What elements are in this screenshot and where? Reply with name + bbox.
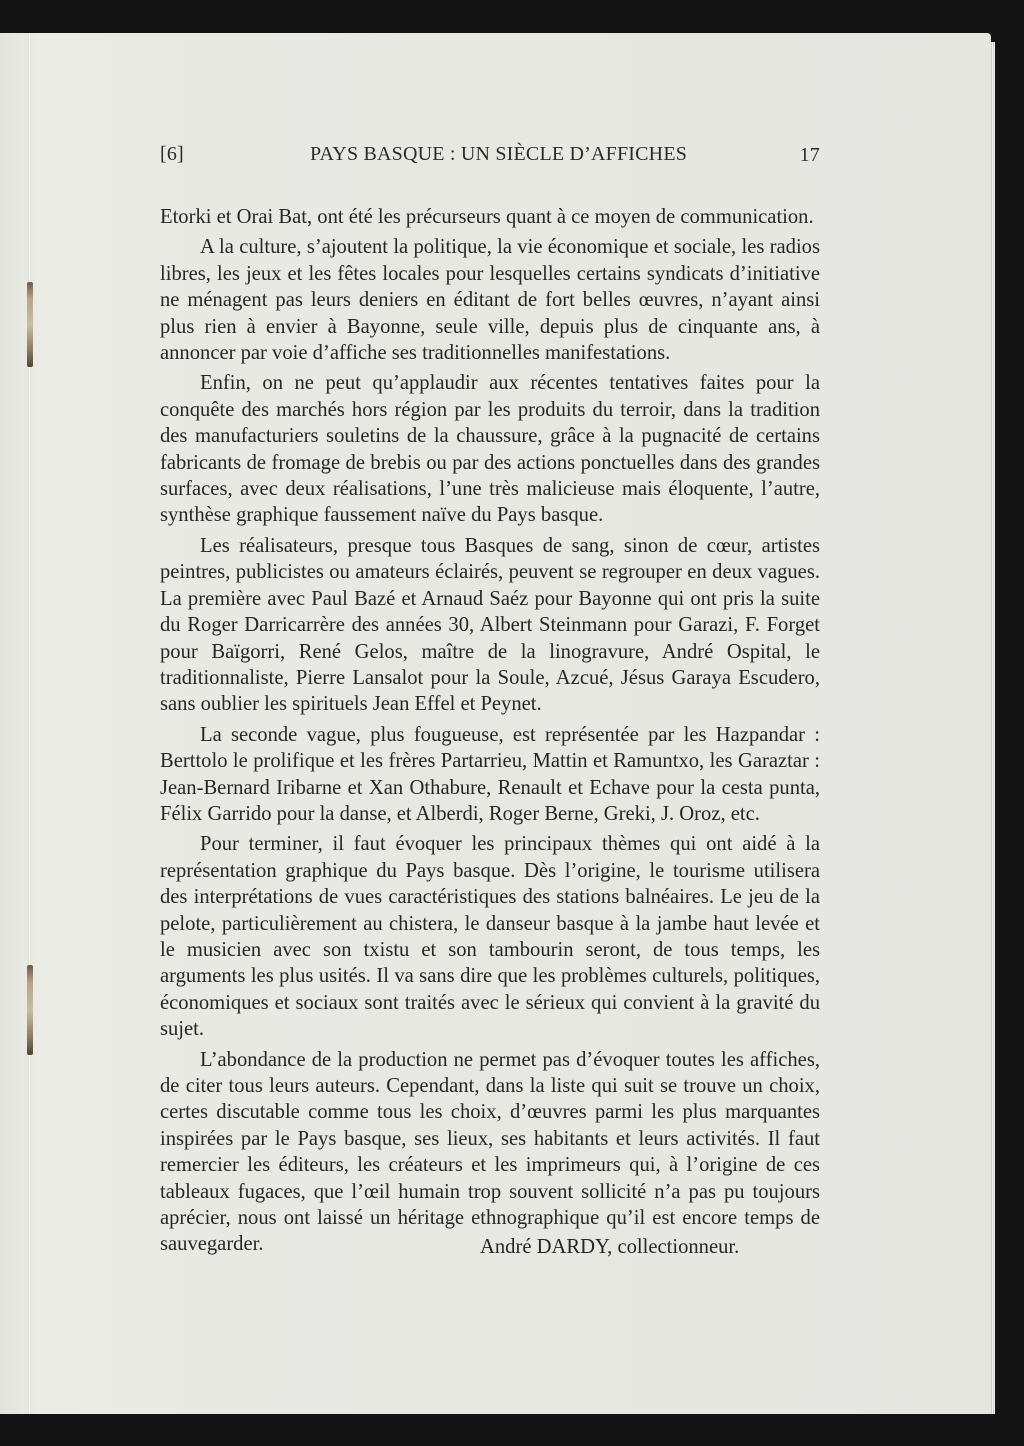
page-stack-edge xyxy=(991,42,995,1414)
paragraph: L’abondance de la production ne permet p… xyxy=(160,1047,820,1258)
section-marker: [6] xyxy=(160,143,184,166)
paragraph: Les réalisateurs, presque tous Basques d… xyxy=(160,533,820,718)
author-signature: André DARDY, collectionneur. xyxy=(480,1236,739,1259)
staple-top xyxy=(27,282,33,367)
page-number: 17 xyxy=(800,144,820,167)
paragraph: Pour terminer, il faut évoquer les princ… xyxy=(160,831,820,1042)
paragraph: La seconde vague, plus fougueuse, est re… xyxy=(160,722,820,828)
paragraph: Etorki et Orai Bat, ont été les précurse… xyxy=(160,204,820,230)
running-header: [6] PAYS BASQUE : UN SIÈCLE D’AFFICHES 1… xyxy=(160,140,820,170)
running-title: PAYS BASQUE : UN SIÈCLE D’AFFICHES xyxy=(310,143,687,166)
paragraph: A la culture, s’ajoutent la politique, l… xyxy=(160,234,820,366)
binding-fold xyxy=(28,33,31,1414)
body-text: Etorki et Orai Bat, ont été les précurse… xyxy=(160,204,820,1262)
paragraph: Enfin, on ne peut qu’applaudir aux récen… xyxy=(160,370,820,528)
staple-bottom xyxy=(27,965,33,1055)
